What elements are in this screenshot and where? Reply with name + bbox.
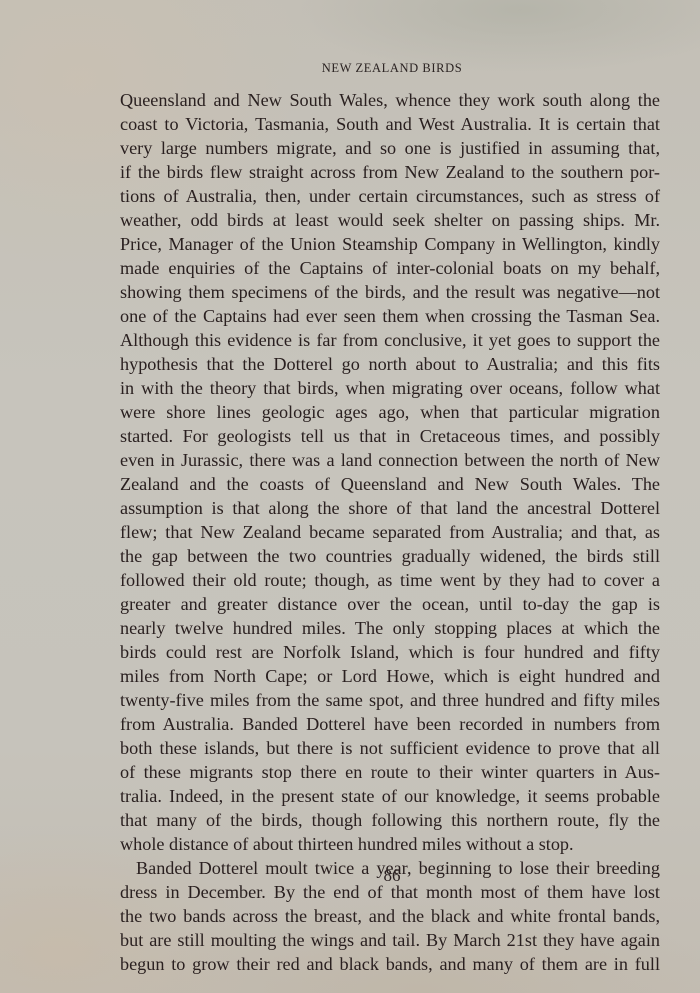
text-line: in with the theory that birds, when migr… [120,376,660,400]
text-line: both these islands, but there is not suf… [120,736,660,760]
text-line: flew; that New Zealand became separated … [120,520,660,544]
text-line: from Australia. Banded Dotterel have bee… [120,712,660,736]
text-line: followed their old route; though, as tim… [120,568,660,592]
text-line: even in Jurassic, there was a land conne… [120,448,660,472]
text-line: Price, Manager of the Union Steamship Co… [120,232,660,256]
text-line: tralia. Indeed, in the present state of … [120,784,660,808]
text-line: hypothesis that the Dotterel go north ab… [120,352,660,376]
text-line: if the birds flew straight across from N… [120,160,660,184]
text-line: made enquiries of the Captains of inter-… [120,256,660,280]
text-line: Although this evidence is far from concl… [120,328,660,352]
text-line: tions of Australia, then, under certain … [120,184,660,208]
text-line: that many of the birds, though following… [120,808,660,832]
text-line: but are still moulting the wings and tai… [120,928,660,952]
text-line: assumption is that along the shore of th… [120,496,660,520]
paragraph-end-line: whole distance of about thirteen hundred… [120,832,660,856]
text-line: showing them specimens of the birds, and… [120,280,660,304]
text-line: one of the Captains had ever seen them w… [120,304,660,328]
text-line: twenty-five miles from the same spot, an… [120,688,660,712]
text-line: very large numbers migrate, and so one i… [120,136,660,160]
text-line: coast to Victoria, Tasmania, South and W… [120,112,660,136]
text-line: birds could rest are Norfolk Island, whi… [120,640,660,664]
text-line: begun to grow their red and black bands,… [120,952,660,976]
text-line: Queensland and New South Wales, whence t… [120,88,660,112]
text-line: started. For geologists tell us that in … [120,424,660,448]
text-line: greater and greater distance over the oc… [120,592,660,616]
text-line: nearly twelve hundred miles. The only st… [120,616,660,640]
text-line: Zealand and the coasts of Queensland and… [120,472,660,496]
text-line: were shore lines geologic ages ago, when… [120,400,660,424]
page-number: 86 [0,866,700,886]
body-text: Queensland and New South Wales, whence t… [120,88,660,976]
running-head: NEW ZEALAND BIRDS [0,61,700,76]
text-line: weather, odd birds at least would seek s… [120,208,660,232]
text-line: the gap between the two countries gradua… [120,544,660,568]
text-line: miles from North Cape; or Lord Howe, whi… [120,664,660,688]
book-page: NEW ZEALAND BIRDS Queensland and New Sou… [0,0,700,993]
text-line: the two bands across the breast, and the… [120,904,660,928]
text-line: of these migrants stop there en route to… [120,760,660,784]
